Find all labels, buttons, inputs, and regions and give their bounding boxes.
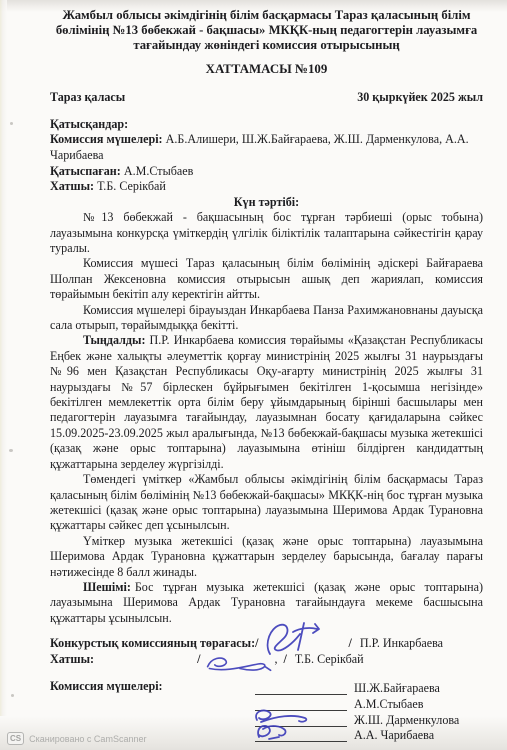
document-title-line-1: Жамбыл облысы әкімдігінің білім басқарма… [50,8,483,23]
city-date-row: Тараз қаласы 30 қыркүйек 2025 жыл [50,90,483,105]
signature-line [255,678,347,695]
paragraph-text: Төмендегі үміткер «Жамбыл облысы әкімдіг… [50,472,483,532]
secretary-signature-slot [202,652,274,669]
officials-signature-block: Конкурстық комиссияның төрағасы:/ / П.Р.… [50,635,483,668]
member-row: А.А. Чарибаева [255,727,483,743]
camscanner-icon: CS [7,732,24,745]
secretary-sign-name: Т.Б. Серікбай [295,652,364,667]
member-row: Ш.Ж.Байғараева [255,679,483,695]
agenda-heading: Күн тәртібі: [50,195,483,210]
chairman-name: П.Р. Инкарбаева [360,636,443,651]
slash-separator: / [197,652,200,667]
document-content: Жамбыл облысы әкімдігінің білім басқарма… [50,8,483,742]
attended-heading: Қатысқандар: [50,117,483,133]
scan-speck [11,694,14,697]
absent-name: А.М.Стыбаев [124,164,193,178]
member-name: Ш.Ж.Байғараева [354,681,440,695]
secretary-line: Хатшы: Т.Б. Серікбай [50,179,483,195]
members-rows: Ш.Ж.Байғараева А.М.Стыбаев Ж.Ш. Дарменку… [255,679,483,742]
participants-section: Қатысқандар: Комиссия мүшелері: А.Б.Алиш… [50,117,483,195]
paragraph-chair-vote: Комиссия мүшелері бірауыздан Инкарбаева … [50,303,483,334]
scan-speck [9,449,13,452]
paragraph-text: Комиссия мүшелері бірауыздан Инкарбаева … [50,303,483,332]
member-name: А.М.Стыбаев [354,697,423,711]
scan-speck [10,122,13,125]
signature-line [255,726,347,743]
paragraph-agenda-item: №13 бөбекжай - бақшасының бос тұрған тәр… [50,210,483,256]
paragraph-text: П.Р. Инкарбаева комиссия төрайымы «Қазақ… [50,333,483,470]
commission-members-line: Комиссия мүшелері: А.Б.Алишери, Ш.Ж.Байғ… [50,132,483,163]
paragraph-text: Комиссия мүшесі Тараз қаласының білім бө… [50,256,483,301]
chairman-signature-row: Конкурстық комиссияның төрағасы:/ / П.Р.… [50,635,483,652]
chairman-signature-slot [258,635,344,652]
members-label: Комиссия мүшелері: [50,132,163,146]
paragraph-candidate: Төмендегі үміткер «Жамбыл облысы әкімдіг… [50,472,483,534]
absent-label: Қатыспаған: [50,164,121,178]
document-title-line-2: бөлімінің №13 бөбекжай - бақшасы» МКҚК-н… [50,23,483,38]
date-label: 30 қыркүйек 2025 жыл [357,90,483,105]
paragraph-heard: Тыңдалды:П.Р. Инкарбаева комиссия төрайы… [50,333,483,472]
paragraph-lead: Шешімі: [83,580,131,594]
secretary-label: Хатшы: [50,179,94,193]
document-page: Жамбыл облысы әкімдігінің білім басқарма… [0,0,507,750]
city-label: Тараз қаласы [50,90,125,105]
secretary-sign-label: Хатшы: [50,652,94,667]
secretary-name: Т.Б. Серікбай [97,179,166,193]
member-name: А.А. Чарибаева [354,728,434,742]
camscanner-watermark: CS Сканировано с CamScanner [7,732,146,745]
attended-label: Қатысқандар: [50,117,128,131]
document-title-line-3: тағайындау жөніндегі комиссия отырысының [50,38,483,53]
paragraph-lead: Тыңдалды: [83,333,146,347]
document-title: Жамбыл облысы әкімдігінің білім басқарма… [50,8,483,53]
scan-edge-left [0,0,7,750]
paragraph-score: Үміткер музыка жетекшісі (қазақ және оры… [50,534,483,580]
slash-separator: / [284,652,287,667]
absent-line: Қатыспаған: А.М.Стыбаев [50,164,483,180]
paragraph-text: Үміткер музыка жетекшісі (қазақ және оры… [50,534,483,579]
paragraph-opening: Комиссия мүшесі Тараз қаласының білім бө… [50,256,483,302]
paragraph-text: №13 бөбекжай - бақшасының бос тұрған тәр… [50,210,483,255]
camscanner-text: Сканировано с CamScanner [29,734,146,744]
chairman-label: Конкурстық комиссияның төрағасы:/ [50,636,258,651]
signature-member-icon [251,721,301,745]
member-name: Ж.Ш. Дарменкулова [354,713,459,727]
slash-separator: / [348,636,351,651]
signature-secretary-icon [204,652,276,676]
protocol-number: ХАТТАМАСЫ №109 [50,62,483,77]
secretary-signature-row: Хатшы: / , / Т.Б. Серікбай [50,652,483,669]
